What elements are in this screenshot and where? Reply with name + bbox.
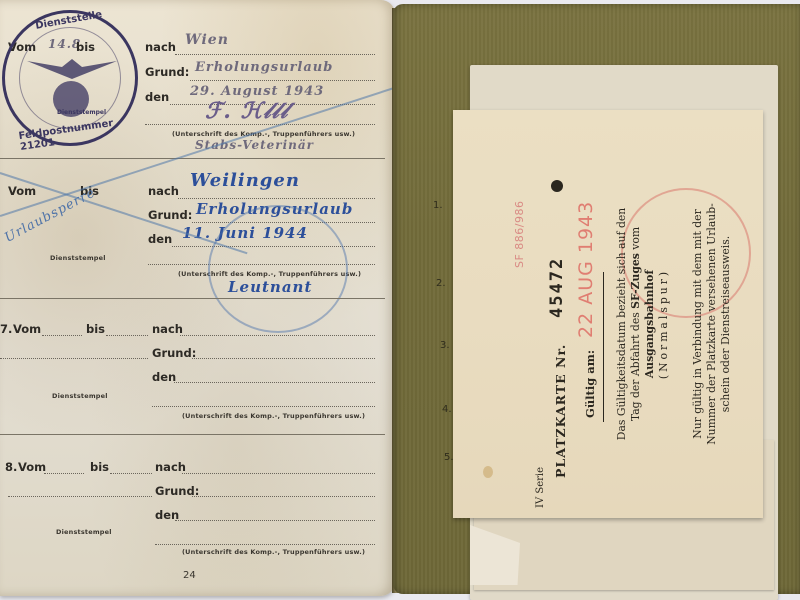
para1-line2: Tag der Abfahrt des SF-Zuges vom — [629, 174, 643, 474]
nach-label: nach — [155, 460, 186, 474]
eagle-emblem-icon — [27, 57, 117, 79]
stamp-caption: Dienststempel — [56, 528, 112, 536]
para2-line1: Nur gültig in Verbindung mit dem mit der — [691, 174, 705, 474]
para1-line1: Das Gültigkeitsdatum bezieht sich auf de… — [615, 174, 629, 474]
signature-caption: (Unterschrift des Komp.-, Truppenführers… — [172, 130, 355, 138]
para1-line2c: vom — [629, 227, 642, 253]
signature-line — [152, 406, 375, 407]
para2-line2: Nummer der Platzkarte versehenen Urlaub- — [705, 174, 719, 474]
vom-label: Vom — [13, 322, 41, 336]
vom-label: Vom — [8, 184, 36, 198]
row-number: 1. — [433, 200, 443, 211]
valid-date-stamp: 22 AUG 1943 — [575, 201, 597, 338]
nach-line — [175, 54, 375, 55]
grund-value: Erholungsurlaub — [195, 60, 333, 75]
row-number: 2. — [436, 278, 446, 289]
vom-line — [44, 473, 84, 474]
entry-number: 8. — [5, 460, 17, 474]
den-label: den — [148, 232, 172, 246]
nach-label: nach — [145, 40, 176, 54]
para1-line4: (Normalspur) — [657, 174, 671, 474]
bis-label: bis — [90, 460, 109, 474]
left-page: Vom 14.8 bis nach Wien Grund: Erholungsu… — [0, 0, 395, 596]
para1-line2b: SF-Zuges — [629, 253, 642, 309]
entry-7: 7. Vom bis nach Grund: den Dienststempel… — [0, 300, 390, 435]
signature-caption: (Unterschrift des Komp.-, Truppenführers… — [182, 548, 365, 556]
signature-caption: (Unterschrift des Komp.-, Truppenführers… — [182, 412, 365, 420]
nach-value: Weilingen — [190, 170, 300, 191]
nach-label: nach — [152, 322, 183, 336]
nach-value: Wien — [185, 32, 229, 48]
para1-line2a: Tag der Abfahrt des — [629, 309, 642, 421]
nach-line — [180, 335, 375, 336]
entry-number: 7. — [0, 322, 12, 336]
platzkarte-ticket: IV Serie PLATZKARTE Nr. 45472 SF 886/986… — [453, 110, 763, 518]
signature-line — [155, 544, 375, 545]
ticket-title: PLATZKARTE Nr. — [553, 344, 568, 478]
stamp-caption: Dienststempel — [50, 254, 106, 262]
signature: ℱ. ℋ𝓁𝓁𝓁 — [205, 98, 288, 124]
para2-line3: schein oder Dienstreiseausweis. — [719, 174, 733, 474]
conditions-paragraph: Nur gültig in Verbindung mit dem mit der… — [691, 174, 733, 474]
official-stamp: Dienststelle Dienststempel Feldpostnumme… — [2, 10, 138, 146]
grund-line — [190, 80, 375, 81]
ticket-content: IV Serie PLATZKARTE Nr. 45472 SF 886/986… — [453, 110, 763, 518]
validity-paragraph: Das Gültigkeitsdatum bezieht sich auf de… — [615, 174, 671, 474]
left-line — [0, 358, 148, 359]
sf-code: SF 886/986 — [513, 200, 526, 268]
den-value: 29. August 1943 — [190, 84, 324, 99]
bis-label: bis — [86, 322, 105, 336]
vom-line — [42, 335, 82, 336]
grund-line — [192, 358, 375, 359]
left-line — [8, 496, 152, 497]
para1-line3-text: Ausgangsbahnhof — [643, 270, 656, 378]
grund-label: Grund: — [152, 346, 196, 360]
vom-label: Vom — [18, 460, 46, 474]
ticket-number: 45472 — [547, 257, 567, 318]
divider — [0, 158, 385, 159]
den-line — [174, 382, 375, 383]
stamp-caption: Dienststempel — [57, 109, 106, 116]
grund-line — [192, 496, 375, 497]
entry-8: 8. Vom bis nach Grund: den Dienststempel… — [0, 436, 390, 576]
para1-line3: Ausgangsbahnhof — [643, 174, 657, 474]
page-number: 24 — [183, 570, 196, 581]
valid-label: Gültig am: — [583, 350, 597, 418]
grund-label: Grund: — [148, 208, 192, 222]
nach-line — [182, 473, 375, 474]
bis-line — [106, 335, 148, 336]
grund-label: Grund: — [145, 65, 189, 79]
divider — [0, 298, 385, 299]
valid-underline — [603, 272, 604, 422]
divider — [0, 434, 385, 435]
stain — [483, 466, 493, 478]
row-number: 4. — [442, 404, 452, 415]
bis-line — [110, 473, 152, 474]
ticket-dot — [551, 180, 563, 192]
den-line — [175, 520, 375, 521]
den-label: den — [152, 370, 176, 384]
nach-label: nach — [148, 184, 179, 198]
ticket-serie: IV Serie — [535, 467, 546, 508]
den-label: den — [145, 90, 169, 104]
nach-line — [178, 198, 375, 199]
stamp-caption: Dienststempel — [52, 392, 108, 400]
row-number: 3. — [440, 340, 450, 351]
signature-line — [145, 124, 375, 125]
